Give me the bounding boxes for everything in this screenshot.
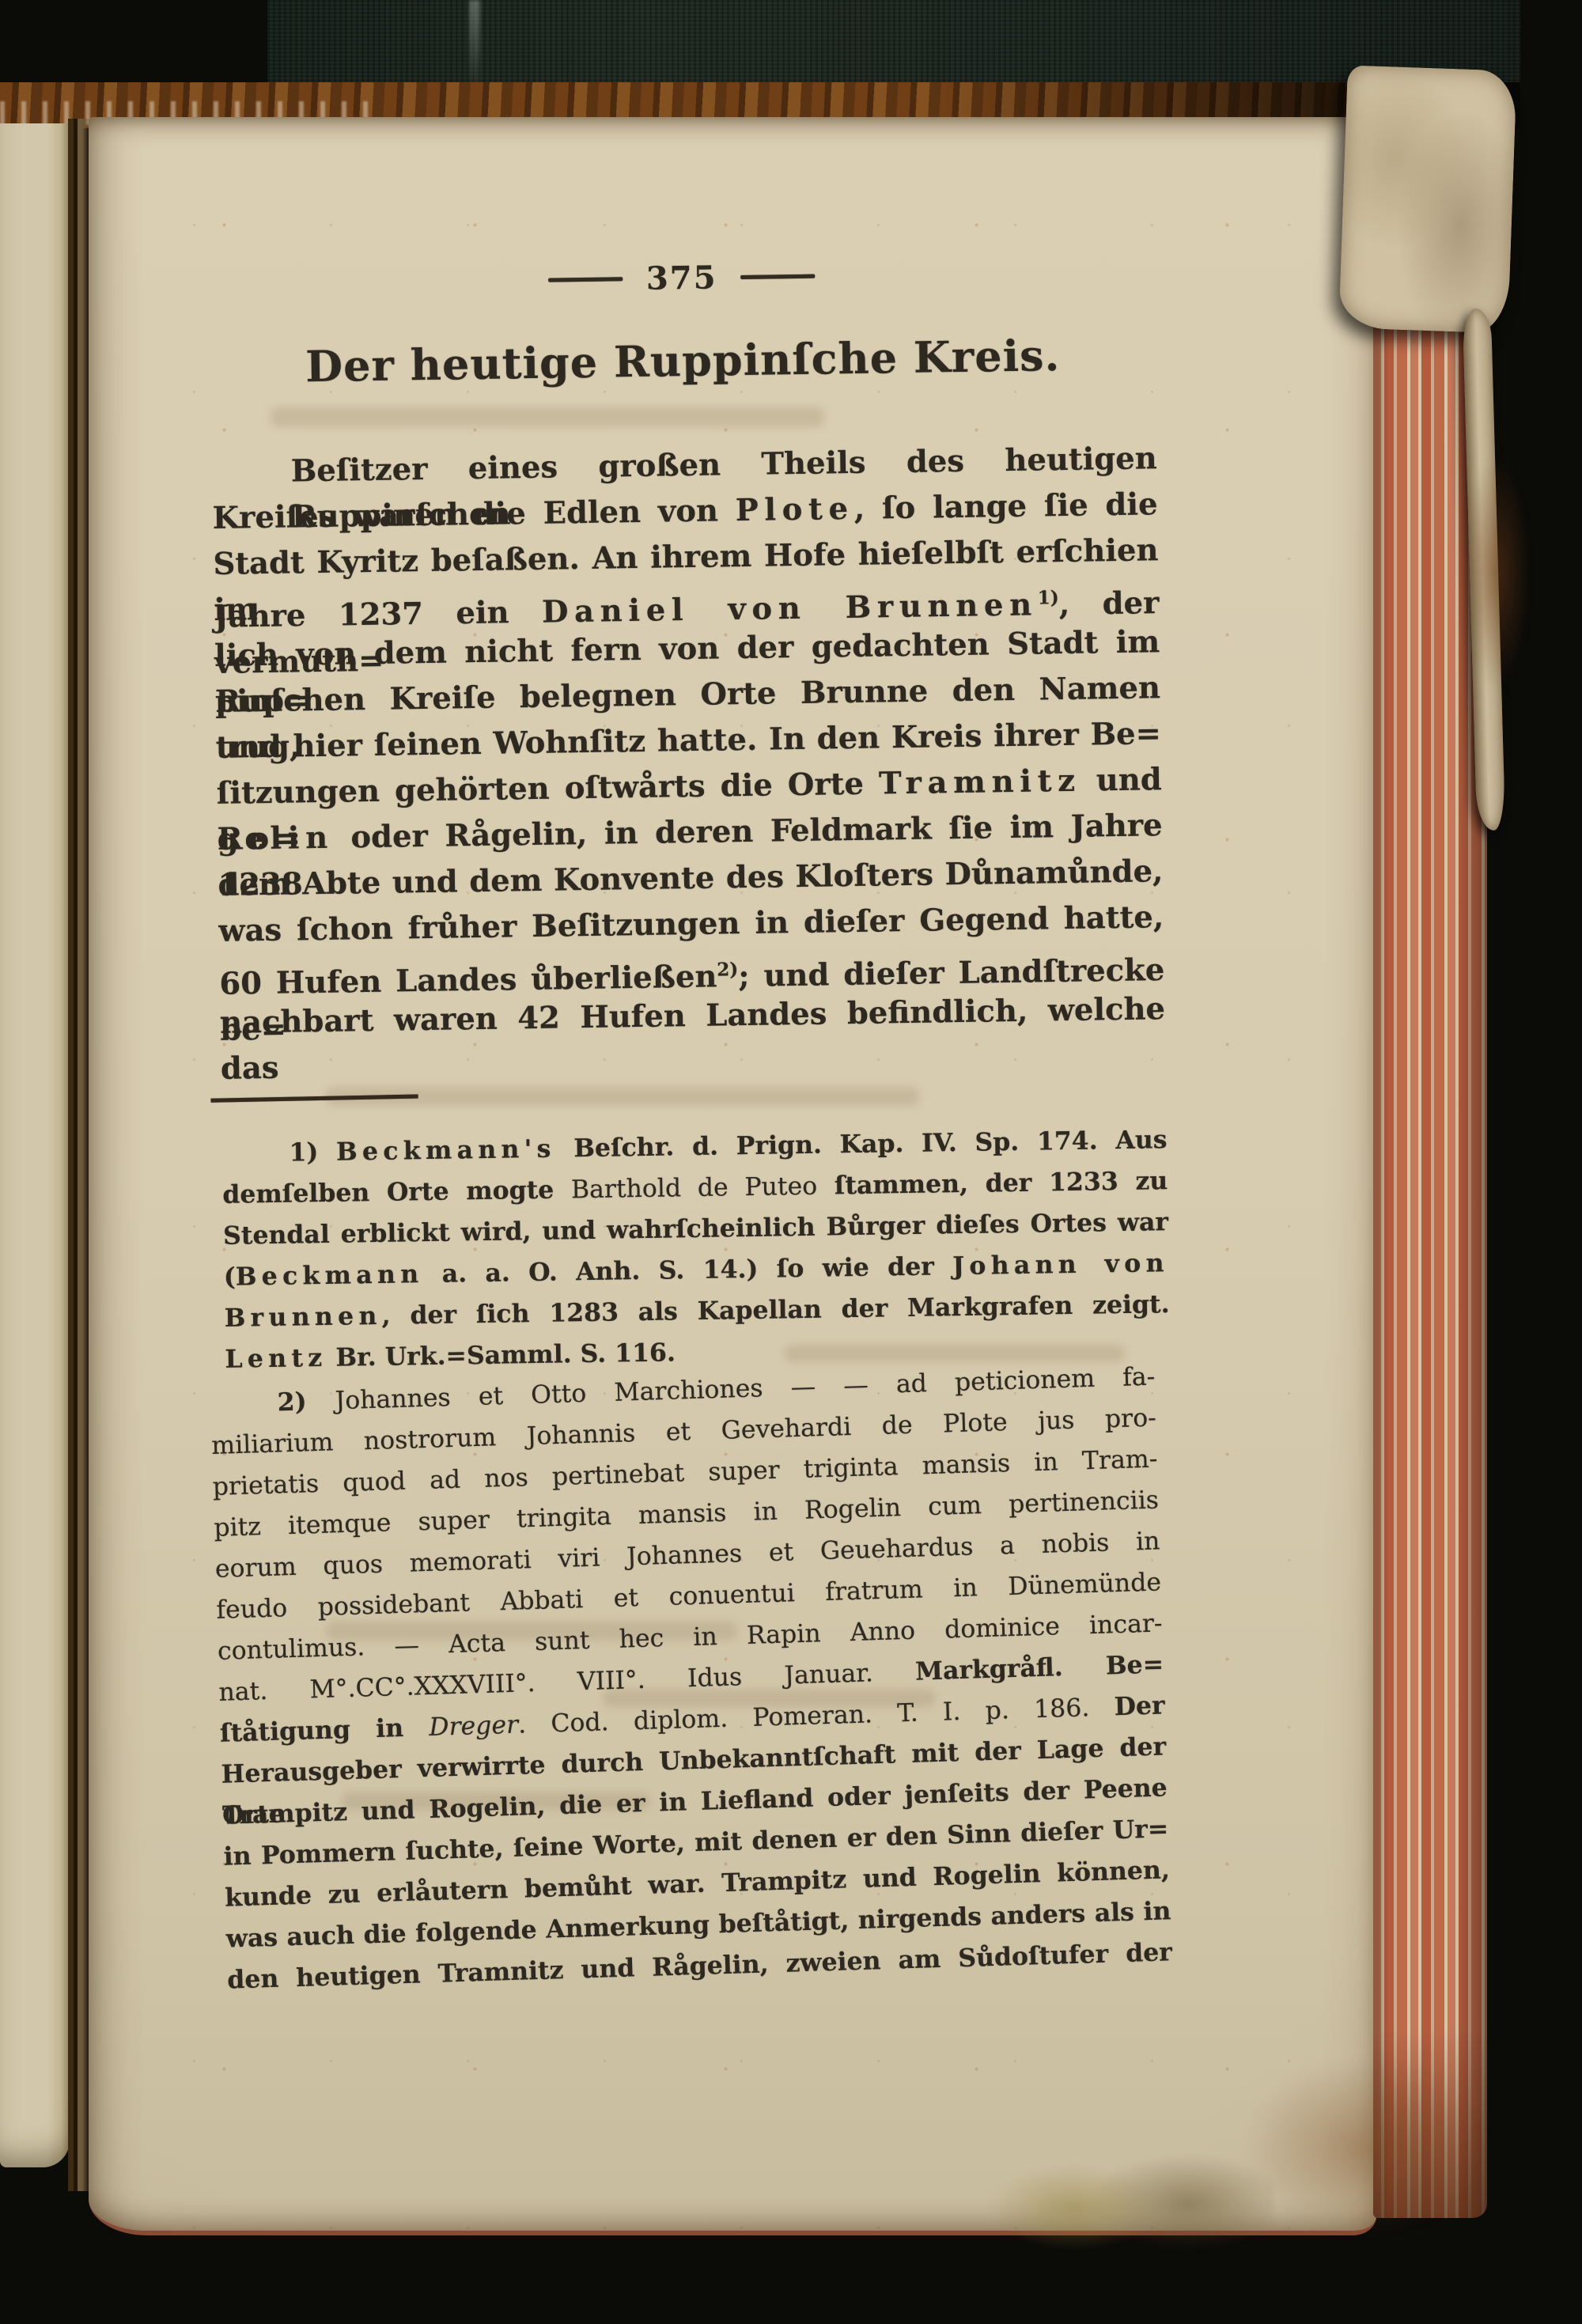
text-segment: , ſo lange ſie die <box>853 486 1157 527</box>
text-segment: Kreiſes waren die Edlen von <box>212 493 736 536</box>
text-segment: Dreger <box>429 1711 519 1742</box>
text-segment: was ſchon frůher Beſitzungen in dieſer G… <box>218 899 1164 949</box>
underlying-page-edge <box>0 123 70 2167</box>
text-segment: 1) <box>289 1137 336 1168</box>
header-rule-left <box>548 277 623 282</box>
footnote-2: 2) Johannes et Otto Marchiones — — ad pe… <box>210 1357 1173 2001</box>
text-segment: Barthold de Puteo <box>571 1172 818 1205</box>
text-segment: gelin <box>217 820 334 857</box>
body-paragraph: Beſitzer eines großen Theils des heutige… <box>211 436 1165 1047</box>
text-segment: Beckmann <box>236 1259 424 1292</box>
text-segment: , der ſich 1283 als Kapellan der Markgra… <box>381 1289 1169 1330</box>
text-segment: und hier ſeinen Wohnſitz hatte. In den K… <box>216 716 1162 766</box>
text-segment: ſitzungen gehörten oſtwårts die Orte <box>216 766 879 812</box>
text-segment: Tramnitz <box>879 763 1081 802</box>
text-segment: nachbart waren 42 Hufen Landes befindlic… <box>220 991 1166 1087</box>
torn-paper-corner <box>1338 65 1516 333</box>
stain <box>1452 427 1539 791</box>
text-segment: Der <box>1114 1690 1165 1721</box>
text-segment: dem Abte und dem Konvente des Kloſters D… <box>218 854 1164 903</box>
section-title: Der heutige Ruppinſche Kreis. <box>210 328 1156 393</box>
text-segment: demſelben Orte mogte <box>222 1175 571 1209</box>
book-page: 375 Der heutige Ruppinſche Kreis. Beſitz… <box>89 117 1376 2235</box>
text-segment: Lentz <box>225 1343 327 1374</box>
text-segment: Markgråfl. Be= <box>915 1649 1164 1686</box>
text-segment: Stendal erblickt wird, und wahrſcheinlic… <box>223 1207 1168 1251</box>
text-segment: Johann von <box>952 1248 1169 1281</box>
footnote-1: 1) Beckmann's Beſchr. d. Prign. Kap. IV.… <box>221 1119 1170 1380</box>
text-segment: Plote <box>735 491 854 528</box>
text-segment: 1) <box>1038 587 1059 608</box>
book-cover-top <box>267 0 1520 95</box>
text-segment: Br. Urk.=Samml. S. 116. <box>327 1338 676 1372</box>
text-segment: ſtammen, der 1233 zu <box>817 1166 1168 1201</box>
page-number: 375 <box>646 259 717 297</box>
text-segment: und <box>1081 762 1162 799</box>
text-segment: ( <box>224 1262 236 1292</box>
page-header: 375 <box>209 252 1155 304</box>
cover-scratch <box>469 0 480 95</box>
stain <box>989 2156 1274 2259</box>
text-segment: Beckmann's <box>336 1134 556 1167</box>
text-segment: 2) <box>277 1386 335 1417</box>
stain <box>1234 2041 1519 2278</box>
header-rule-right <box>740 274 815 279</box>
text-segment: Beſchr. d. Prign. Kap. IV. Sp. 174. Aus <box>555 1125 1167 1163</box>
text-segment: a. a. O. Anh. S. 14.) ſo wie der <box>423 1251 952 1289</box>
text-segment: 2) <box>717 959 738 980</box>
text-segment: Brunnen <box>224 1301 382 1333</box>
footnote-separator <box>211 1095 418 1103</box>
gutter-crease <box>68 119 90 2191</box>
text-segment: ſtåtigung in <box>220 1713 430 1748</box>
